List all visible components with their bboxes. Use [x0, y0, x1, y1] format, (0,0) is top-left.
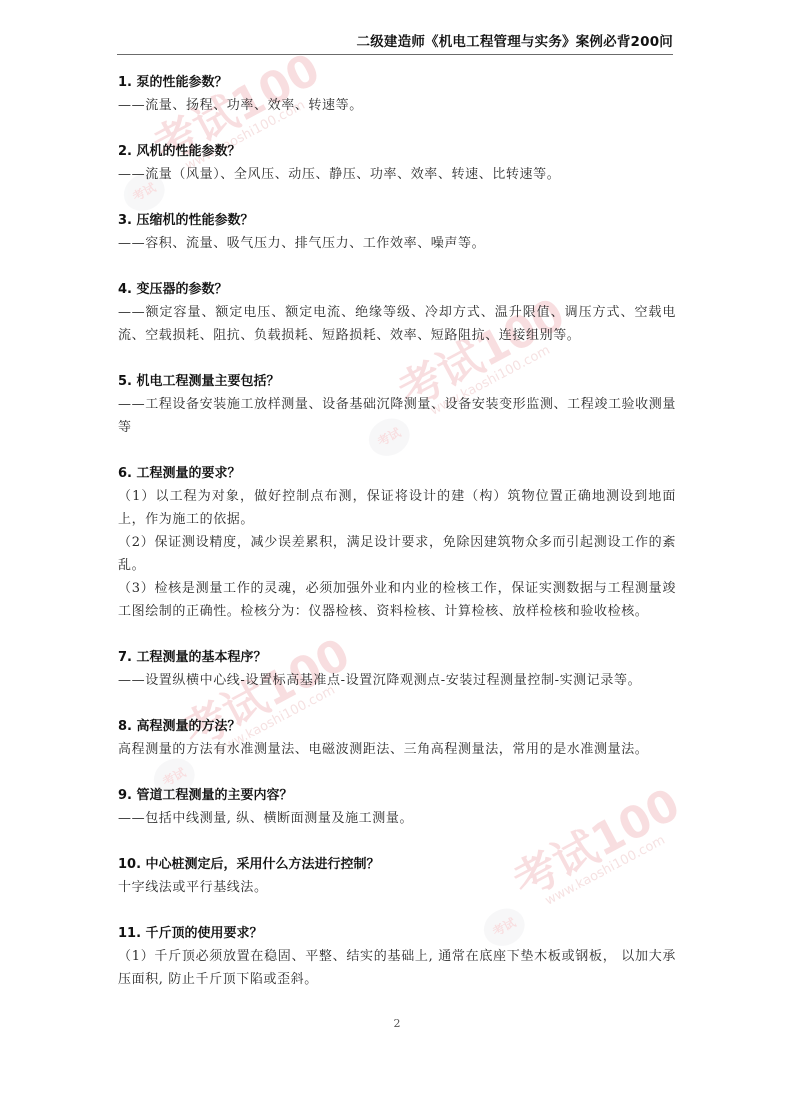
qa-item-9: 9. 管道工程测量的主要内容？ ——包括中线测量, 纵、横断面测量及施工测量。 [118, 784, 676, 830]
qa-item-10: 10. 中心桩测定后，采用什么方法进行控制？ 十字线法或平行基线法。 [118, 853, 676, 899]
answer-text: （1）千斤顶必须放置在稳固、平整、结实的基础上, 通常在底座下垫木板或钢板， 以… [118, 945, 676, 991]
answer-text: ——容积、流量、吸气压力、排气压力、工作效率、噪声等。 [118, 232, 676, 255]
question-heading: 10. 中心桩测定后，采用什么方法进行控制？ [118, 853, 676, 876]
qa-item-1: 1. 泵的性能参数？ ——流量、扬程、功率、效率、转速等。 [118, 71, 676, 117]
qa-item-5: 5. 机电工程测量主要包括？ ——工程设备安装施工放样测量、设备基础沉降测量、设… [118, 370, 676, 439]
answer-text: ——包括中线测量, 纵、横断面测量及施工测量。 [118, 807, 676, 830]
question-heading: 1. 泵的性能参数？ [118, 71, 676, 94]
document-page: 考试 考试100 www.kaoshi100.com 考试 考试100 www.… [0, 0, 794, 1098]
qa-item-4: 4. 变压器的参数？ ——额定容量、额定电压、额定电流、绝缘等级、冷却方式、温升… [118, 278, 676, 347]
question-heading: 6. 工程测量的要求？ [118, 462, 676, 485]
question-heading: 7. 工程测量的基本程序？ [118, 646, 676, 669]
qa-item-6: 6. 工程测量的要求？ （1）以工程为对象，做好控制点布测，保证将设计的建（构）… [118, 462, 676, 623]
answer-text: ——额定容量、额定电压、额定电流、绝缘等级、冷却方式、温升限值、调压方式、空载电… [118, 301, 676, 347]
question-heading: 11. 千斤顶的使用要求？ [118, 922, 676, 945]
answer-text: ——流量（风量）、全风压、动压、静压、功率、效率、转速、比转速等。 [118, 163, 676, 186]
question-heading: 8. 高程测量的方法？ [118, 715, 676, 738]
qa-item-2: 2. 风机的性能参数？ ——流量（风量）、全风压、动压、静压、功率、效率、转速、… [118, 140, 676, 186]
running-header: 二级建造师《机电工程管理与实务》案例必背200问 [117, 32, 673, 55]
question-heading: 3. 压缩机的性能参数？ [118, 209, 676, 232]
answer-text: ——工程设备安装施工放样测量、设备基础沉降测量、设备安装变形监测、工程竣工验收测… [118, 393, 676, 439]
qa-item-11: 11. 千斤顶的使用要求？ （1）千斤顶必须放置在稳固、平整、结实的基础上, 通… [118, 922, 676, 991]
answer-text: （2）保证测设精度，减少误差累积，满足设计要求，免除因建筑物众多而引起测设工作的… [118, 531, 676, 577]
answer-text: （3）检核是测量工作的灵魂，必须加强外业和内业的检核工作，保证实测数据与工程测量… [118, 577, 676, 623]
qa-item-3: 3. 压缩机的性能参数？ ——容积、流量、吸气压力、排气压力、工作效率、噪声等。 [118, 209, 676, 255]
document-body: 1. 泵的性能参数？ ——流量、扬程、功率、效率、转速等。 2. 风机的性能参数… [118, 71, 676, 991]
question-heading: 5. 机电工程测量主要包括？ [118, 370, 676, 393]
page-number: 2 [0, 1017, 794, 1030]
qa-item-7: 7. 工程测量的基本程序？ ——设置纵横中心线-设置标高基准点-设置沉降观测点-… [118, 646, 676, 692]
answer-text: 高程测量的方法有水准测量法、电磁波测距法、三角高程测量法，常用的是水准测量法。 [118, 738, 676, 761]
answer-text: ——流量、扬程、功率、效率、转速等。 [118, 94, 676, 117]
question-heading: 9. 管道工程测量的主要内容？ [118, 784, 676, 807]
answer-text: （1）以工程为对象，做好控制点布测，保证将设计的建（构）筑物位置正确地测设到地面… [118, 485, 676, 531]
qa-item-8: 8. 高程测量的方法？ 高程测量的方法有水准测量法、电磁波测距法、三角高程测量法… [118, 715, 676, 761]
answer-text: 十字线法或平行基线法。 [118, 876, 676, 899]
question-heading: 2. 风机的性能参数？ [118, 140, 676, 163]
question-heading: 4. 变压器的参数？ [118, 278, 676, 301]
answer-text: ——设置纵横中心线-设置标高基准点-设置沉降观测点-安装过程测量控制-实测记录等… [118, 669, 676, 692]
